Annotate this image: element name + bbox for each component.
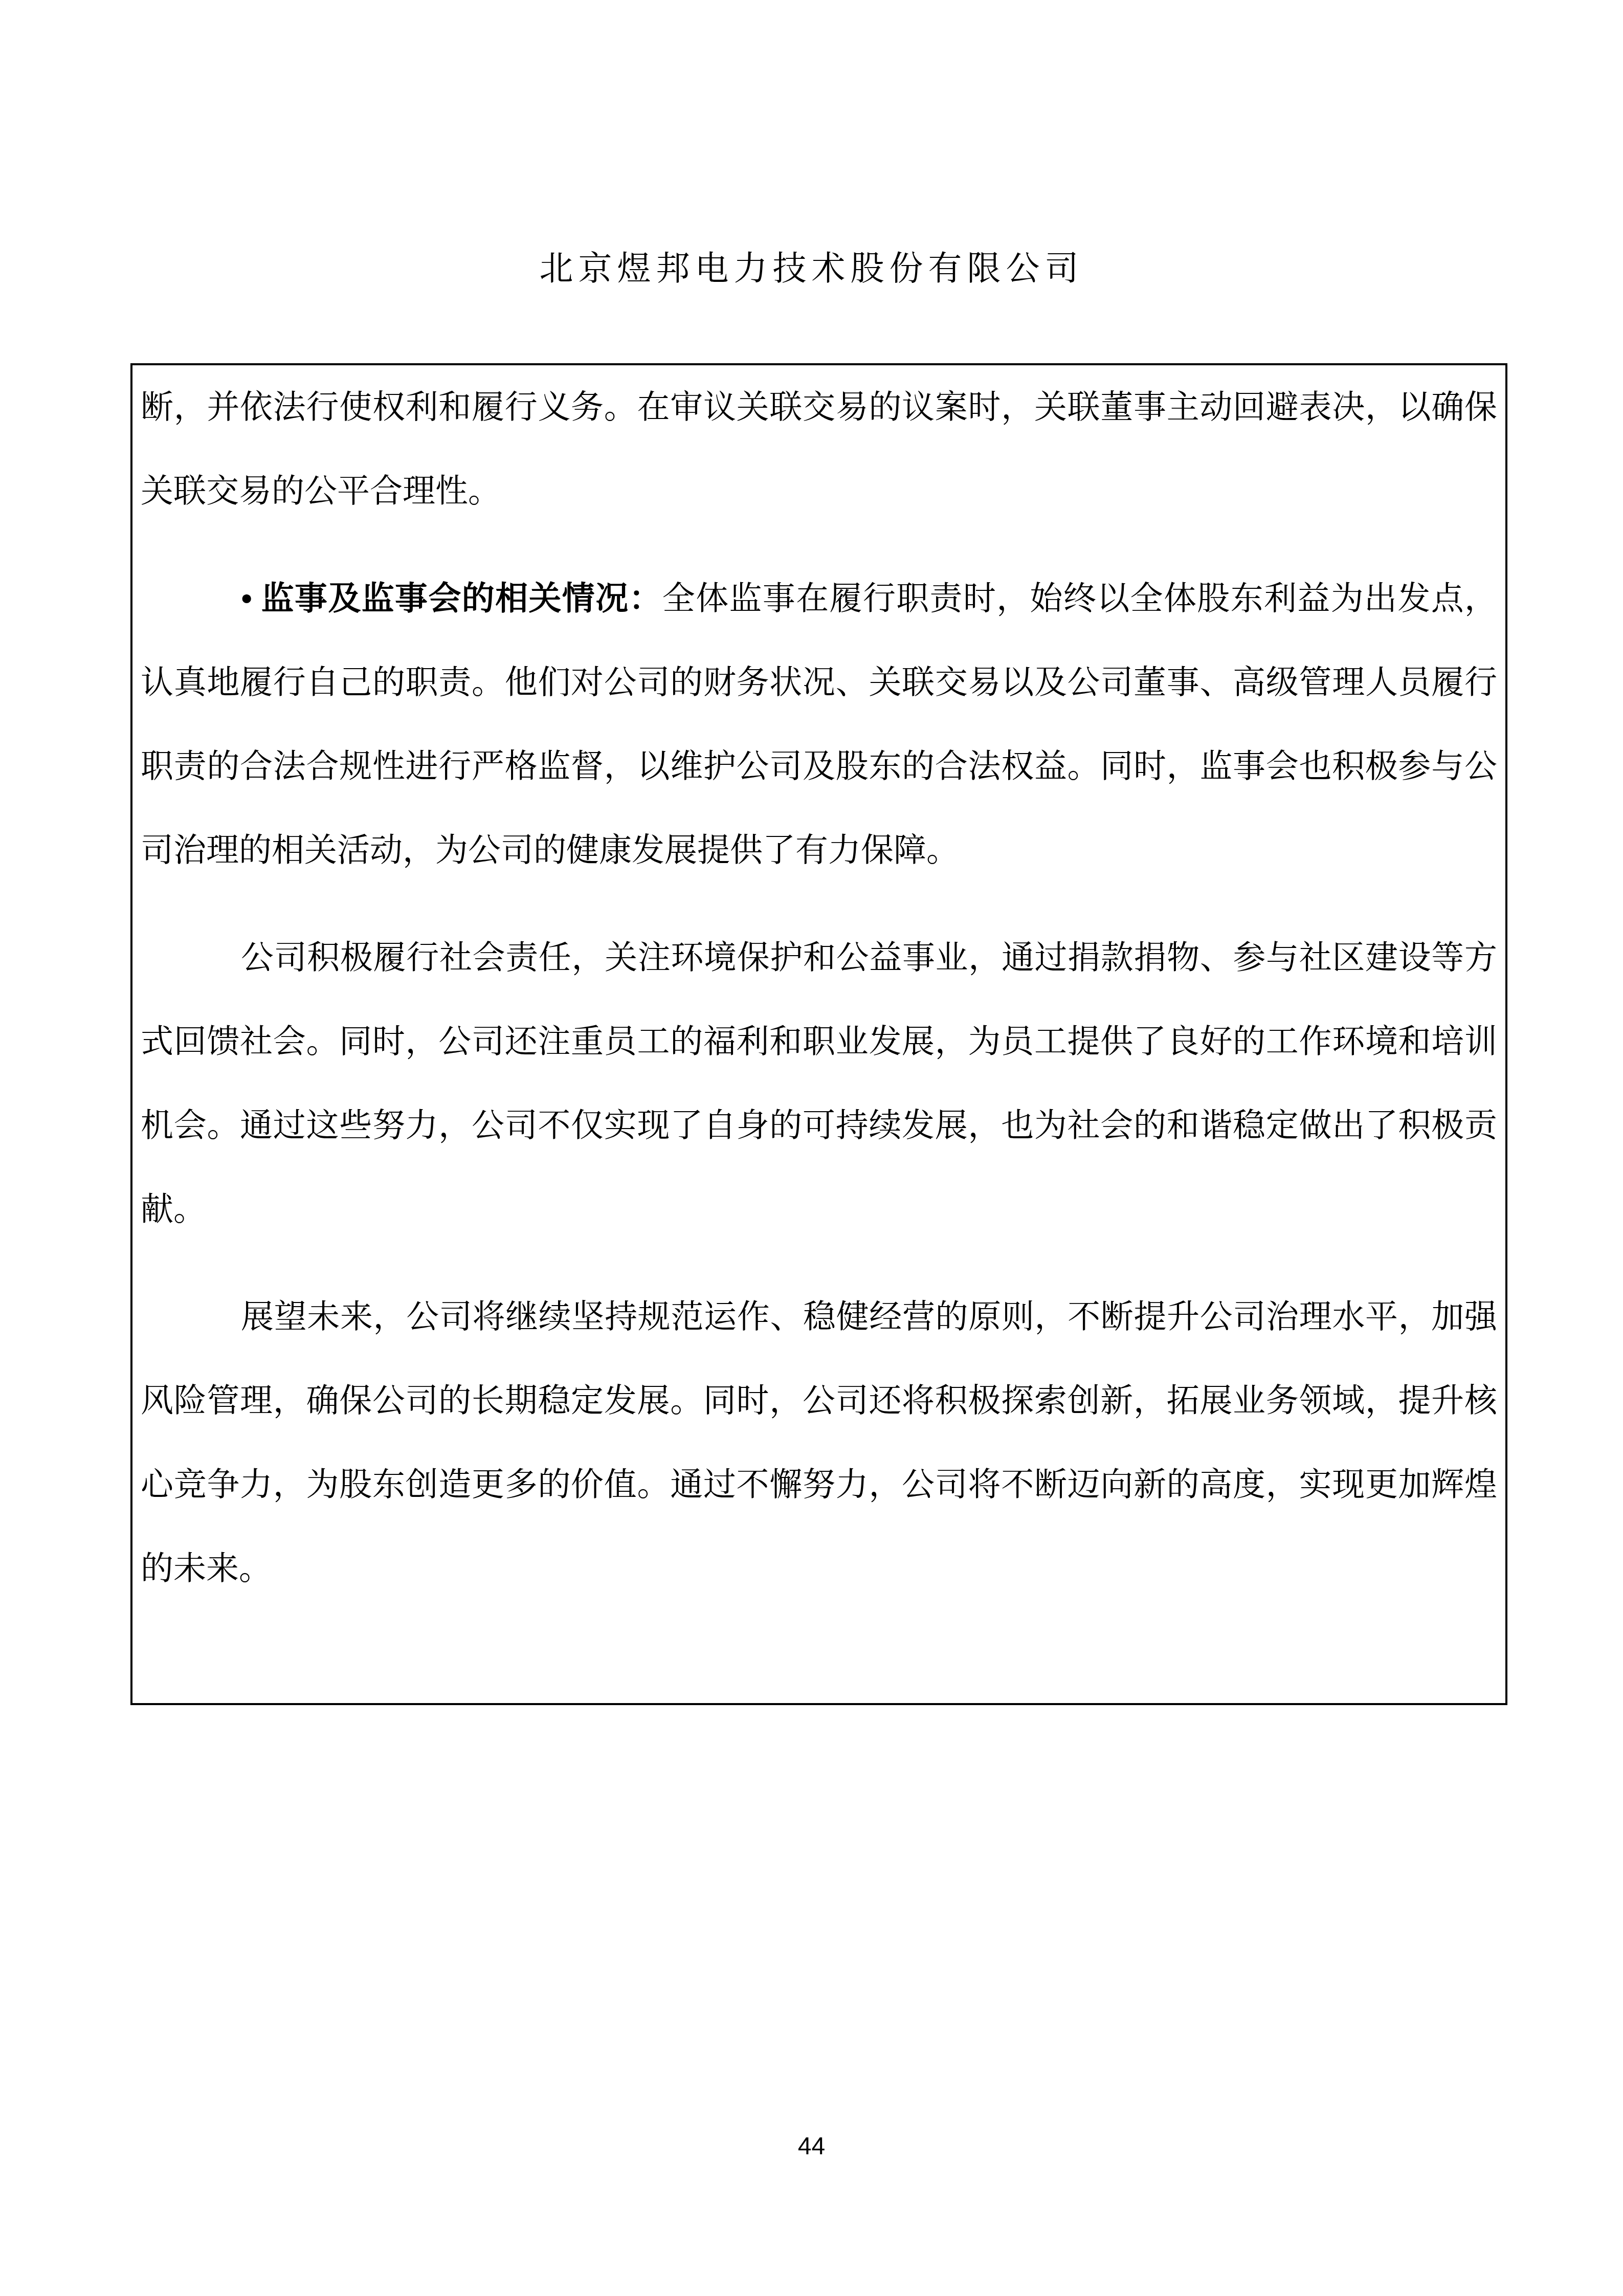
paragraph: 公司积极履行社会责任，关注环境保护和公益事业，通过捐款捐物、参与社区建设等方式回… — [141, 916, 1497, 1251]
paragraph: 断，并依法行使权利和履行义务。在审议关联交易的议案时，关联董事主动回避表决，以确… — [141, 365, 1497, 533]
paragraph: • 监事及监事会的相关情况：全体监事在履行职责时，始终以全体股东利益为出发点，认… — [141, 557, 1497, 892]
text-run: 全体监事在履行职责时，始终以全体股东利益为出发点，认真地履行自己的职责。他们对公… — [141, 580, 1497, 868]
text-run: 公司积极履行社会责任，关注环境保护和公益事业，通过捐款捐物、参与社区建设等方式回… — [141, 939, 1497, 1227]
text-run: 展望未来，公司将继续坚持规范运作、稳健经营的原则，不断提升公司治理水平，加强风险… — [141, 1298, 1497, 1586]
text-run: 断，并依法行使权利和履行义务。在审议关联交易的议案时，关联董事主动回避表决，以确… — [141, 389, 1497, 509]
bullet-marker: • — [241, 580, 261, 616]
content-box: 断，并依法行使权利和履行义务。在审议关联交易的议案时，关联董事主动回避表决，以确… — [130, 363, 1507, 1705]
page-number: 44 — [0, 2132, 1623, 2161]
document-page: 北京煜邦电力技术股份有限公司 断，并依法行使权利和履行义务。在审议关联交易的议案… — [0, 0, 1623, 2296]
document-title: 北京煜邦电力技术股份有限公司 — [0, 249, 1623, 290]
paragraph: 展望未来，公司将继续坚持规范运作、稳健经营的原则，不断提升公司治理水平，加强风险… — [141, 1275, 1497, 1610]
text-run: 监事及监事会的相关情况： — [261, 580, 662, 616]
